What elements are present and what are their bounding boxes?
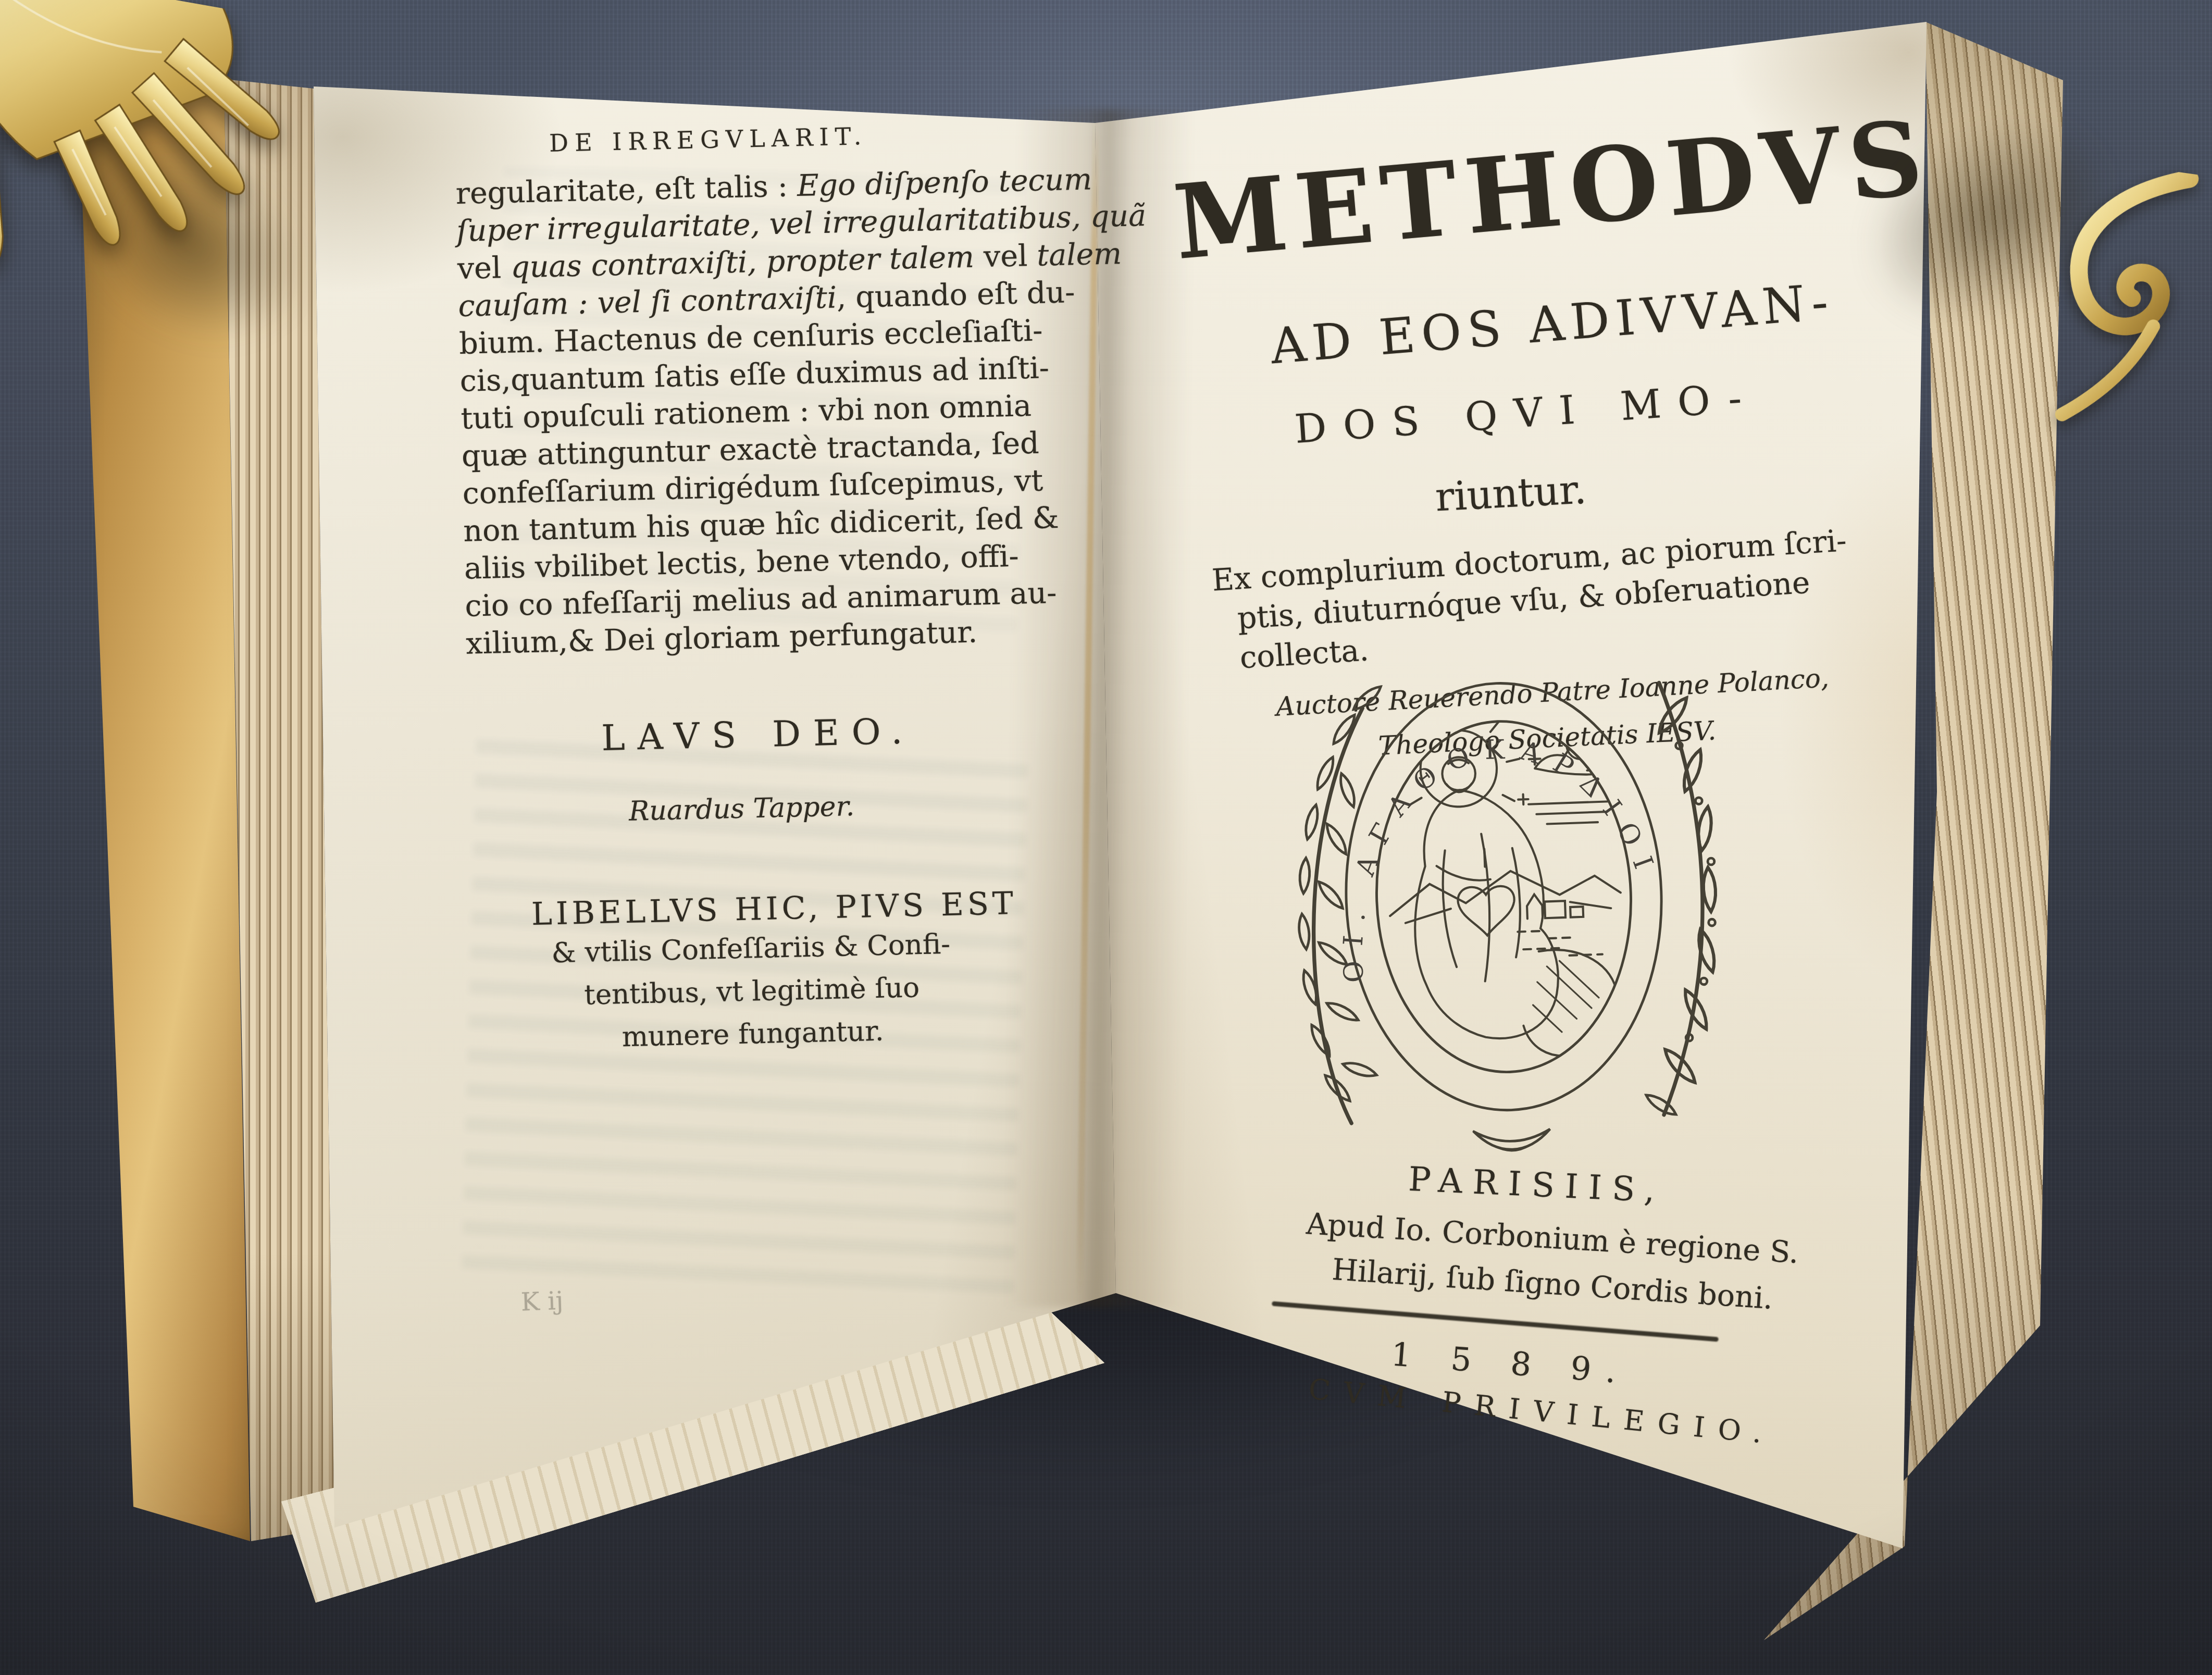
author-name-tapper: Ruardus Tapper. (469, 787, 1014, 831)
printer-device-woodcut: ΟΙ. ΑΓΑΘΟΚΑΡΔΙΟΙ (1269, 637, 1745, 1174)
photograph-open-antique-book: DE IRREGVLARIT. regularitate, eſt talis … (0, 0, 2212, 1675)
laus-deo-line: LAVS DEO. (468, 708, 1049, 762)
left-page-text-column: DE IRREGVLARIT. regularitate, eſt talis … (454, 118, 1079, 1062)
emblem-line-art: ΟΙ. ΑΓΑΘΟΚΑΡΔΙΟΙ (1289, 672, 1726, 1158)
svg-text:ΟΙ. ΑΓΑΘΟΚΑΡΔΙΟΙ: ΟΙ. ΑΓΑΘΟΚΑΡΔΙΟΙ (1330, 728, 1668, 983)
gilt-clasp-finial-icon (1983, 150, 2206, 444)
gathering-signature: K ij (520, 1286, 564, 1317)
left-page-paragraph: regularitate, eſt talis : Ego diſpenſo t… (455, 162, 1071, 663)
hand-shape (0, 0, 306, 316)
emblem-motto: ΟΙ. ΑΓΑΘΟΚΑΡΔΙΟΙ (1330, 728, 1668, 983)
